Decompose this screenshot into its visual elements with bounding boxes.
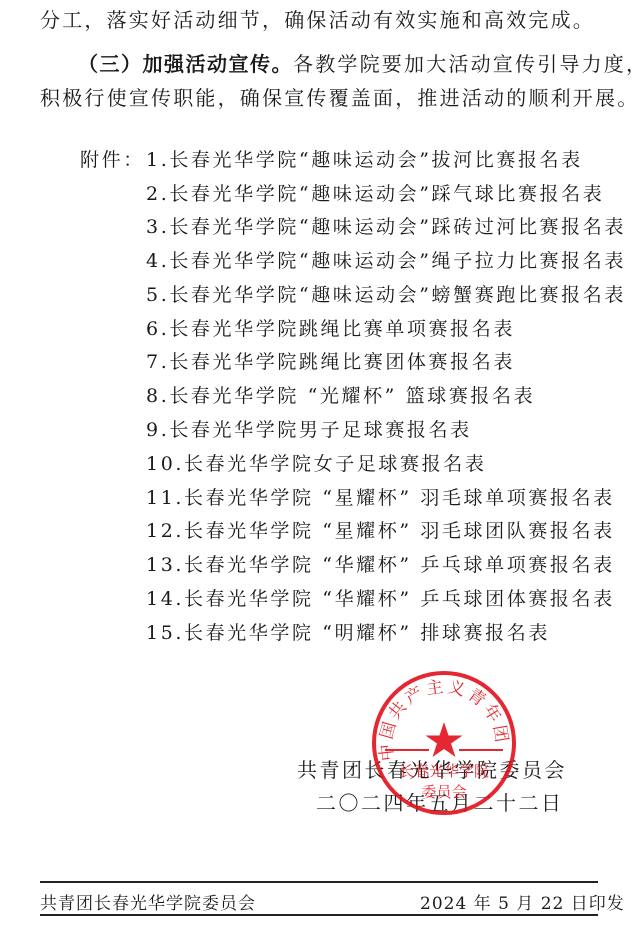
- paragraph-3-line-2: 积极行使宣传职能，确保宣传覆盖面，推进活动的顺利开展。: [40, 86, 638, 110]
- attachment-item-15: 15.长春光华学院 “明耀杯” 排球赛报名表: [146, 621, 550, 645]
- svg-text:中国共产主义青年团: 中国共产主义青年团: [376, 677, 511, 762]
- paragraph-3-line-1: （三）加强活动宣传。各教学院要加大活动宣传引导力度，: [78, 52, 638, 76]
- footer-issued-date: 2024 年 5 月 22 日印发: [420, 893, 625, 915]
- footer-bottom-rule: [40, 914, 598, 916]
- attachment-item-7: 7.长春光华学院跳绳比赛团体赛报名表: [146, 350, 515, 374]
- signature-org: 共青团长春光华学院委员会: [297, 758, 567, 782]
- footer-issuer: 共青团长春光华学院委员会: [40, 893, 256, 915]
- attachment-item-10: 10.长春光华学院女子足球赛报名表: [146, 452, 486, 476]
- seal-outer-text: 中国共产主义青年团: [376, 677, 511, 762]
- attachment-item-14: 14.长春光华学院 “华耀杯” 乒乓球团体赛报名表: [146, 587, 615, 611]
- attachment-item-8: 8.长春光华学院 “光耀杯” 篮球赛报名表: [146, 384, 535, 408]
- attachment-item-3: 3.长春光华学院“趣味运动会”踩砖过河比赛报名表: [146, 215, 626, 239]
- attachment-item-2: 2.长春光华学院“趣味运动会”踩气球比赛报名表: [146, 182, 604, 206]
- seal-star-icon: [426, 722, 463, 757]
- attachment-item-4: 4.长春光华学院“趣味运动会”绳子拉力比赛报名表: [146, 249, 626, 273]
- attachment-item-6: 6.长春光华学院跳绳比赛单项赛报名表: [146, 317, 515, 341]
- body-line-1: 分工，落实好活动细节，确保活动有效实施和高效完成。: [40, 8, 595, 32]
- attachment-item-9: 9.长春光华学院男子足球赛报名表: [146, 418, 472, 442]
- attachment-item-5: 5.长春光华学院“趣味运动会”螃蟹赛跑比赛报名表: [146, 283, 626, 307]
- signature-date: 二〇二四年五月二十二日: [316, 791, 564, 815]
- footer-top-rule: [40, 881, 598, 883]
- attachment-item-1: 1.长春光华学院“趣味运动会”拔河比赛报名表: [146, 148, 583, 172]
- attachment-item-11: 11.长春光华学院 “星耀杯” 羽毛球单项赛报名表: [146, 486, 615, 510]
- paragraph-3-text: 各教学院要加大活动宣传引导力度，: [293, 52, 638, 76]
- attachment-item-13: 13.长春光华学院 “华耀杯” 乒乓球单项赛报名表: [146, 553, 615, 577]
- paragraph-3-heading: （三）加强活动宣传。: [78, 52, 293, 76]
- attachment-item-12: 12.长春光华学院 “星耀杯” 羽毛球团队赛报名表: [146, 519, 615, 543]
- attachments-label: 附件：: [80, 148, 145, 172]
